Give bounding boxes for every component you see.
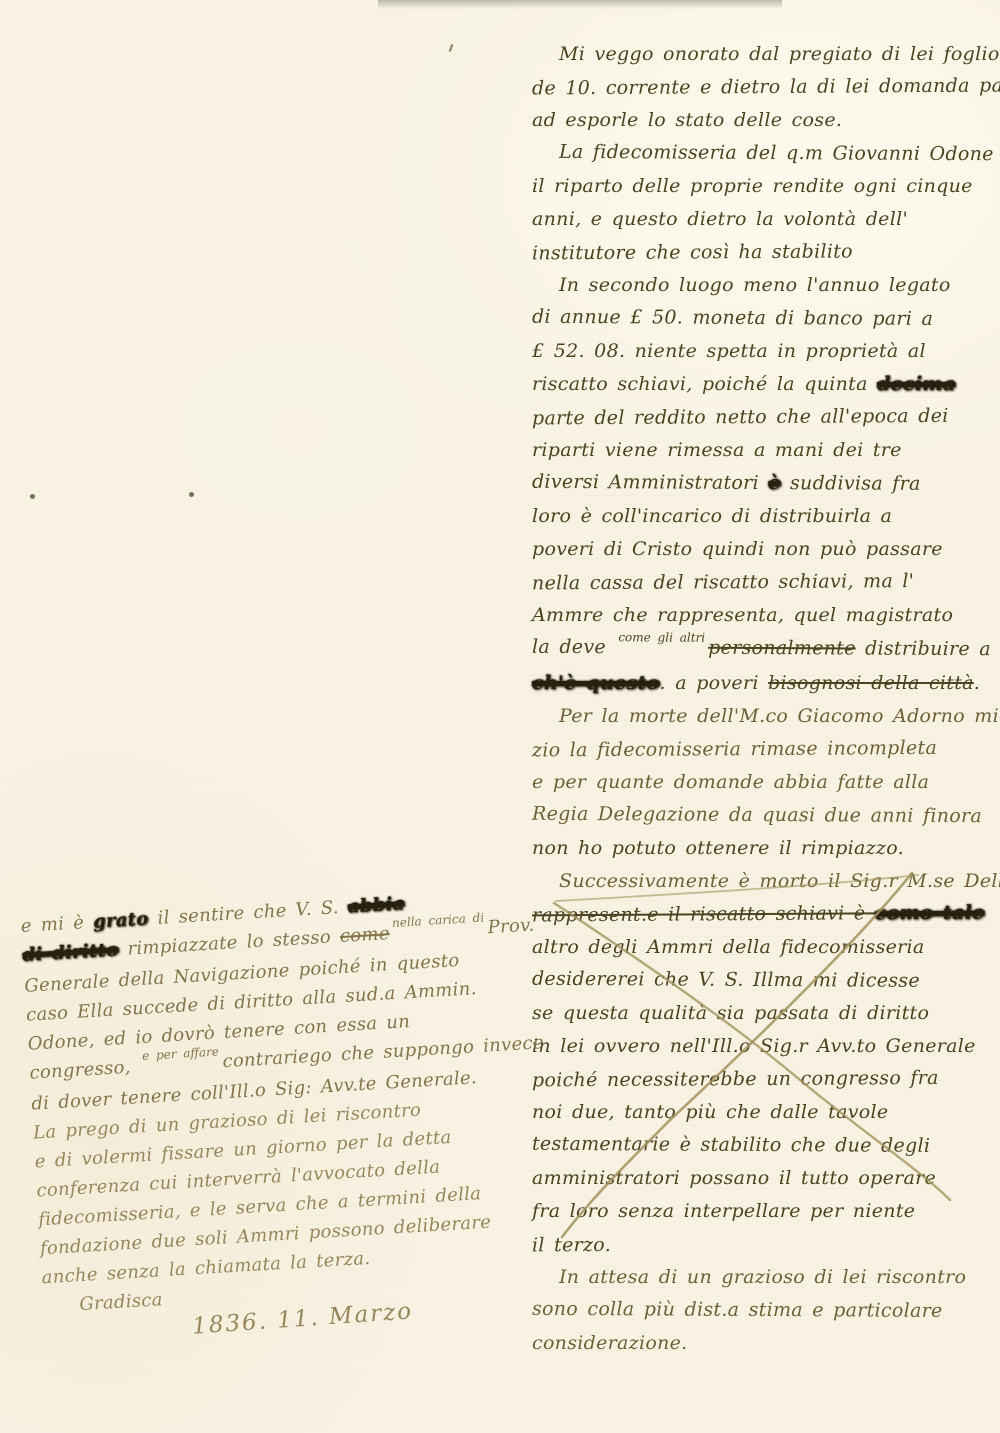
- manuscript-line: il riparto delle proprie rendite ogni ci…: [532, 170, 994, 203]
- manuscript-line: Per la morte dell'M.co Giacomo Adorno mi…: [532, 700, 994, 733]
- manuscript-line: £ 52. 08. niente spetta in proprietà al: [532, 335, 994, 368]
- text-segment: La fidecomisseria del q.m Giovanni Odone…: [559, 141, 1000, 165]
- manuscript-page: Mi veggo onorato dal pregiato di lei fog…: [0, 0, 1000, 1433]
- text-segment: riscatto schiavi, poiché la quinta: [532, 373, 877, 395]
- struck-text: bisognosi della città: [768, 672, 974, 694]
- text-segment: . a poveri: [660, 672, 769, 694]
- manuscript-line: riparti viene rimessa a mani dei tre: [532, 434, 994, 467]
- interlinear-insertion: e per affare: [141, 1037, 219, 1071]
- struck-text: come: [339, 923, 390, 947]
- text-segment: e per quante domande abbia fatte alla: [532, 771, 929, 793]
- text-segment: e mi è: [20, 912, 94, 937]
- manuscript-line: di annue £ 50. moneta di banco pari a: [532, 301, 994, 336]
- paper-top-edge-shadow: [378, 0, 782, 9]
- text-segment: considerazione.: [532, 1332, 688, 1354]
- manuscript-line: la deve come gli altripersonalmente dist…: [532, 631, 994, 668]
- text-segment: grato: [93, 908, 150, 932]
- text-segment: la deve: [532, 636, 615, 658]
- manuscript-line: institutore che così ha stabilito: [532, 235, 994, 271]
- manuscript-line: ch'è questo. a poveri bisognosi della ci…: [532, 667, 994, 700]
- text-segment: di annue £ 50. moneta di banco pari a: [532, 306, 933, 330]
- cancellation-cross-strokes: [520, 855, 990, 1265]
- text-segment: anni, e questo dietro la volontà dell': [532, 208, 908, 230]
- text-segment: il riparto delle proprie rendite ogni ci…: [532, 175, 973, 197]
- manuscript-line: zio la fidecomisseria rimase incompleta: [532, 732, 994, 768]
- struck-text: è: [768, 472, 781, 494]
- text-segment: diversi Amministratori: [532, 471, 768, 494]
- ink-mark: [449, 44, 454, 52]
- text-segment: £ 52. 08. niente spetta in proprietà al: [532, 340, 926, 362]
- text-segment: riparti viene rimessa a mani dei tre: [532, 439, 902, 461]
- text-segment: Regia Delegazione da quasi due anni fino…: [532, 803, 982, 827]
- text-segment: Gradisca: [79, 1289, 164, 1315]
- manuscript-line: La fidecomisseria del q.m Giovanni Odone…: [532, 136, 994, 171]
- text-segment: In attesa di un grazioso di lei riscontr…: [559, 1266, 966, 1288]
- ink-dot: [30, 494, 35, 499]
- text-segment: de 10. corrente e dietro la di lei doman…: [532, 74, 1000, 99]
- manuscript-line: loro è coll'incarico di distribuirla a: [532, 500, 994, 533]
- text-segment: .: [974, 672, 980, 694]
- text-segment: suddivisa fra: [781, 472, 921, 495]
- text-segment: poveri di Cristo quindi non può passare: [532, 538, 943, 560]
- text-segment: distribuire a sud.ti: [856, 637, 1000, 660]
- manuscript-line: nella cassa del riscatto schiavi, ma l': [532, 565, 994, 601]
- interlinear-insertion: come gli altri: [618, 621, 705, 654]
- left-column-text: e mi è grato il sentire che V. S. abbiad…: [20, 883, 533, 1321]
- manuscript-line: Regia Delegazione da quasi due anni fino…: [532, 798, 994, 833]
- manuscript-line: poveri di Cristo quindi non può passare: [532, 533, 994, 566]
- manuscript-line: e per quante domande abbia fatte alla: [532, 766, 994, 799]
- text-segment: Mi veggo onorato dal pregiato di lei fog…: [559, 43, 1000, 65]
- struck-text: decima: [877, 373, 955, 395]
- manuscript-line: Ammre che rappresenta, quel magistrato: [532, 599, 994, 632]
- text-segment: congresso,: [29, 1056, 140, 1084]
- text-segment: Ammre che rappresenta, quel magistrato: [532, 604, 953, 626]
- text-segment: In secondo luogo meno l'annuo legato: [559, 274, 951, 296]
- manuscript-line: sono colla più dist.a stima e particolar…: [532, 1293, 994, 1328]
- manuscript-line: riscatto schiavi, poiché la quinta decim…: [532, 368, 994, 401]
- manuscript-line: In secondo luogo meno l'annuo legato: [532, 269, 994, 302]
- struck-text: personalmente: [708, 637, 856, 660]
- manuscript-line: Mi veggo onorato dal pregiato di lei fog…: [532, 38, 994, 71]
- manuscript-line: diversi Amministratori è suddivisa fra: [532, 466, 994, 501]
- text-segment: nella cassa del riscatto schiavi, ma l': [532, 570, 914, 594]
- text-segment: ad esporle lo stato delle cose.: [532, 109, 842, 131]
- text-segment: Per la morte dell'M.co Giacomo Adorno mi…: [559, 705, 1000, 727]
- manuscript-line: ad esporle lo stato delle cose.: [532, 104, 994, 137]
- manuscript-line: In attesa di un grazioso di lei riscontr…: [532, 1261, 994, 1294]
- ink-dot: [189, 492, 194, 497]
- manuscript-line: considerazione.: [532, 1327, 994, 1360]
- manuscript-line: anni, e questo dietro la volontà dell': [532, 203, 994, 236]
- text-segment: sono colla più dist.a stima e particolar…: [532, 1298, 943, 1322]
- text-segment: zio la fidecomisseria rimase incompleta: [532, 737, 937, 761]
- text-segment: institutore che così ha stabilito: [532, 240, 853, 264]
- manuscript-line: parte del reddito netto che all'epoca de…: [532, 400, 994, 436]
- text-segment: loro è coll'incarico di distribuirla a: [532, 505, 892, 527]
- struck-text: di diritto: [22, 939, 119, 966]
- manuscript-line: de 10. corrente e dietro la di lei doman…: [532, 70, 994, 106]
- text-segment: parte del reddito netto che all'epoca de…: [532, 405, 949, 430]
- interlinear-insertion: nella carica di: [391, 904, 485, 938]
- struck-text: ch'è questo: [532, 672, 660, 694]
